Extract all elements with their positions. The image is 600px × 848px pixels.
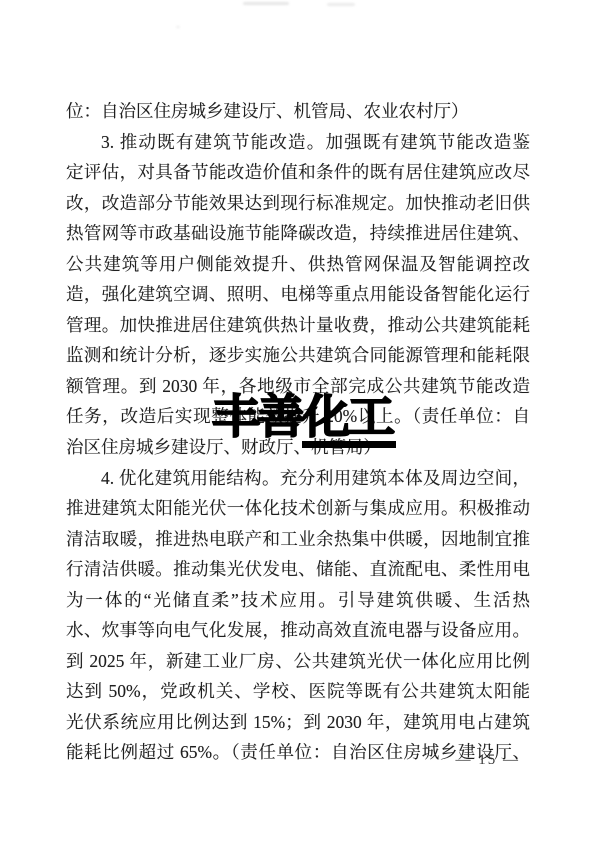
text-line: 公共建筑等用户侧能效提升、供热管网保温及智能调控改 <box>66 249 530 280</box>
text-line: 改，改造部分节能效果达到现行标准规定。加快推动老旧供 <box>66 188 530 219</box>
text-line: 行清洁供暖。推动集光伏发电、储能、直流配电、柔性用电 <box>66 554 530 585</box>
scan-smudge <box>327 3 355 6</box>
text-line: 推进建筑太阳能光伏一体化技术创新与集成应用。积极推动 <box>66 493 530 524</box>
scan-smudge <box>176 26 180 28</box>
text-line: 造，强化建筑空调、照明、电梯等重点用能设备智能化运行 <box>66 279 530 310</box>
text-line: 达到 50%，党政机关、学校、医院等既有公共建筑太阳能 <box>66 676 530 707</box>
text-line: 光伏系统应用比例达到 15%；到 2030 年，建筑用电占建筑 <box>66 707 530 738</box>
page-number: — 15 — <box>456 752 521 769</box>
text-line: 热管网等市政基础设施节能降碳改造，持续推进居住建筑、 <box>66 218 530 249</box>
text-line: 水、炊事等向电气化发展，推动高效直流电器与设备应用。 <box>66 615 530 646</box>
watermark-stamp: 丰善化工 <box>212 395 392 441</box>
text-line: 定评估，对具备节能改造价值和条件的既有居住建筑应改尽 <box>66 157 530 188</box>
watermark-underline-stroke <box>302 441 396 448</box>
text-line: 4. 优化建筑用能结构。充分利用建筑本体及周边空间， <box>66 463 530 494</box>
text-line: 监测和统计分析，逐步实施公共建筑合同能源管理和能耗限 <box>66 340 530 371</box>
text-line: 管理。加快推进居住建筑供热计量收费，推动公共建筑能耗 <box>66 310 530 341</box>
text-line: 位：自治区住房城乡建设厅、机管局、农业农村厅） <box>66 96 530 127</box>
text-line: 到 2025 年，新建工业厂房、公共建筑光伏一体化应用比例 <box>66 646 530 677</box>
text-line: 清洁取暖，推进热电联产和工业余热集中供暖，因地制宜推 <box>66 524 530 555</box>
text-line: 3. 推动既有建筑节能改造。加强既有建筑节能改造鉴 <box>66 127 530 158</box>
scanned-document-page: 位：自治区住房城乡建设厅、机管局、农业农村厅） 3. 推动既有建筑节能改造。加强… <box>0 0 600 848</box>
text-line: 为一体的“光储直柔”技术应用。引导建筑供暖、生活热 <box>66 585 530 616</box>
scan-smudge <box>243 2 289 5</box>
